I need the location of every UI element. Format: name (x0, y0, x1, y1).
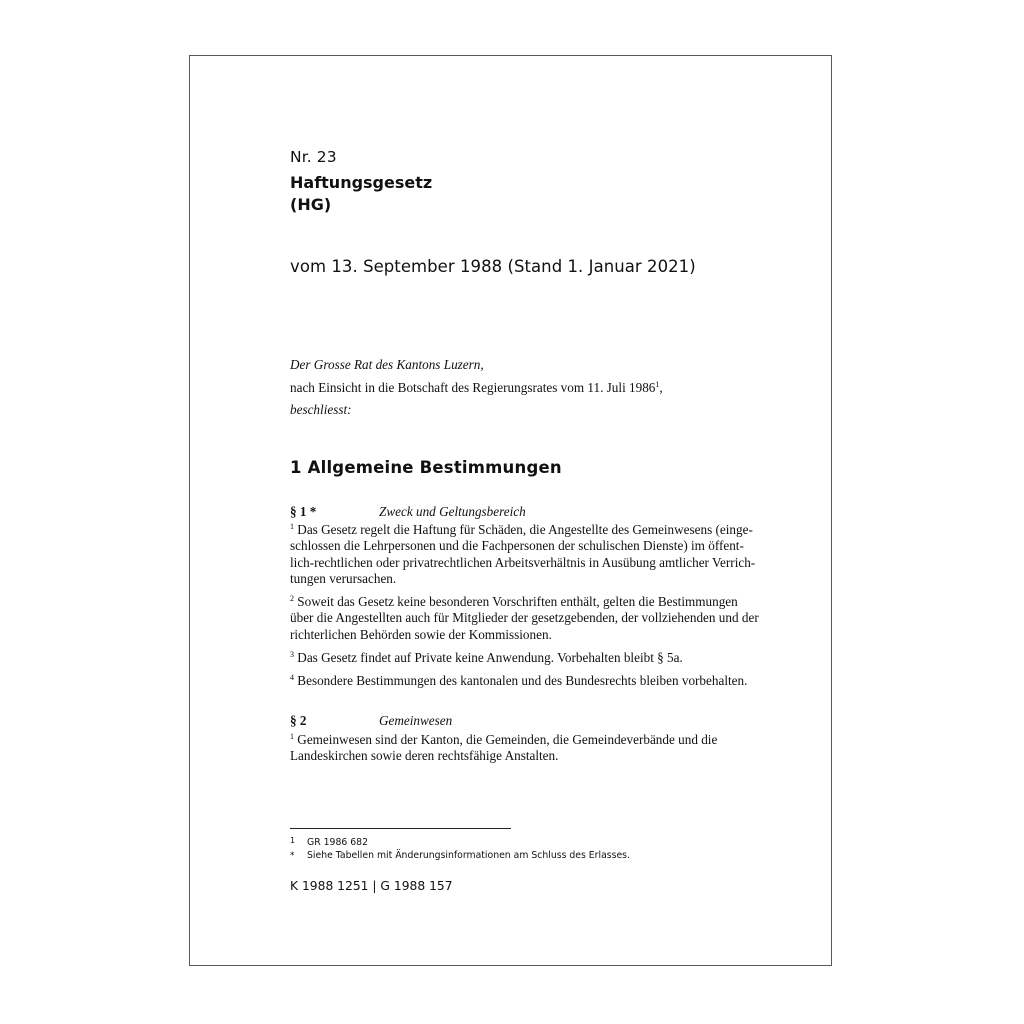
text-line: Das Gesetz findet auf Private keine Anwe… (297, 650, 683, 665)
paragraph-1-absatz-3: 3 Das Gesetz findet auf Private keine An… (290, 650, 790, 666)
footnote-text: GR 1986 682 (307, 837, 368, 848)
absatz-number: 2 (290, 594, 294, 603)
preamble: Der Grosse Rat des Kantons Luzern, nach … (290, 354, 663, 422)
text-line: tungen verursachen. (290, 571, 790, 587)
preamble-basis: nach Einsicht in die Botschaft des Regie… (290, 377, 663, 400)
paragraph-title: Zweck und Geltungsbereich (379, 504, 526, 519)
text-line: Das Gesetz regelt die Haftung für Schäde… (297, 522, 753, 537)
paragraph-heading-1: § 1 *Zweck und Geltungsbereich (290, 504, 526, 520)
text-line: schlossen die Lehrpersonen und die Fachp… (290, 538, 790, 554)
law-number: Nr. 23 (290, 148, 337, 166)
absatz-number: 4 (290, 673, 294, 682)
absatz-number: 3 (290, 650, 294, 659)
document-page: Nr. 23 Haftungsgesetz (HG) vom 13. Septe… (189, 55, 832, 966)
text-line: Besondere Bestimmungen des kantonalen un… (297, 673, 747, 688)
text-line: Soweit das Gesetz keine besonderen Vorsc… (297, 594, 737, 609)
absatz-number: 1 (290, 522, 294, 531)
paragraph-number: § 2 (290, 713, 379, 729)
footnote-text: Siehe Tabellen mit Änderungsinformatione… (307, 850, 630, 861)
text-line: Landeskirchen sowie deren rechtsfähige A… (290, 748, 790, 764)
preamble-basis-suffix: , (659, 380, 662, 395)
paragraph-1-absatz-1: 1 Das Gesetz regelt die Haftung für Schä… (290, 522, 790, 588)
publication-references: K 1988 1251 | G 1988 157 (290, 879, 453, 893)
paragraph-2-absatz-1: 1 Gemeinwesen sind der Kanton, die Gemei… (290, 732, 790, 765)
law-title: Haftungsgesetz (HG) (290, 172, 432, 216)
footnote-divider (290, 828, 511, 829)
footnote-mark: 1 (290, 834, 307, 847)
text-line: richterlichen Behörden sowie der Kommiss… (290, 627, 790, 643)
footnotes: 1GR 1986 682 *Siehe Tabellen mit Änderun… (290, 834, 630, 863)
chapter-heading: 1 Allgemeine Bestimmungen (290, 458, 562, 477)
text-line: lich-rechtlichen oder privatrechtlichen … (290, 555, 790, 571)
paragraph-heading-2: § 2Gemeinwesen (290, 713, 452, 729)
absatz-number: 1 (290, 732, 294, 741)
footnote-star: *Siehe Tabellen mit Änderungsinformation… (290, 849, 630, 863)
preamble-basis-text: nach Einsicht in die Botschaft des Regie… (290, 380, 655, 395)
paragraph-1-absatz-4: 4 Besondere Bestimmungen des kantonalen … (290, 673, 790, 689)
text-line: Gemeinwesen sind der Kanton, die Gemeind… (297, 732, 717, 747)
footnote-1: 1GR 1986 682 (290, 834, 630, 849)
law-date: vom 13. September 1988 (Stand 1. Januar … (290, 257, 696, 276)
text-line: über die Angestellten auch für Mitgliede… (290, 610, 790, 626)
footnote-mark: * (290, 850, 307, 863)
preamble-authority: Der Grosse Rat des Kantons Luzern, (290, 354, 663, 377)
paragraph-1-absatz-2: 2 Soweit das Gesetz keine besonderen Vor… (290, 594, 790, 643)
paragraph-number: § 1 * (290, 504, 379, 520)
preamble-decision: beschliesst: (290, 399, 663, 422)
law-title-name: Haftungsgesetz (290, 172, 432, 194)
paragraph-title: Gemeinwesen (379, 713, 452, 728)
law-title-abbreviation: (HG) (290, 194, 432, 216)
